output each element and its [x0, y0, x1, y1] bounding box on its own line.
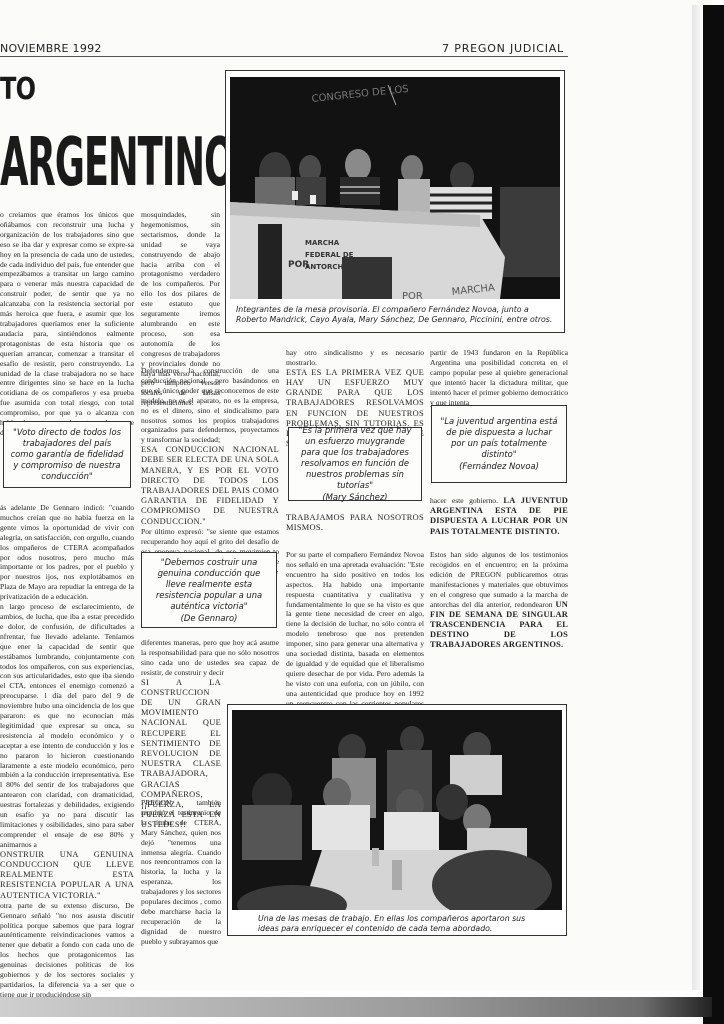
photo-frame-top: CONGRESO DE LOS POR MARCHA	[225, 70, 565, 333]
paragraph-text: hacer este gobierno.	[430, 496, 498, 505]
pullquote-text: "Voto directo de todos los trabajadores …	[10, 427, 124, 482]
scan-edge-black	[703, 5, 724, 1024]
article-column-4-mid: Estos han sido algunos de los testimonio…	[430, 550, 568, 651]
pullquote-attribution: (Fernández Novoa)	[438, 461, 560, 472]
article-column-3-mid: Por su parte el compañero Fernández Novo…	[286, 550, 424, 718]
article-column-2-bottom: PREGON también requirió el testimonio de…	[141, 798, 221, 947]
page-number-publication: 7 PREGON JUDICIAL	[442, 42, 564, 55]
pullquote-text: "Debemos costruir una genuina conducción…	[148, 557, 270, 612]
pullquote-voto-directo: "Voto directo de todos los trabajadores …	[3, 421, 131, 488]
paragraph: n largo proceso de esclarecimiento, de a…	[0, 602, 134, 850]
article-column-2-mid: Defendemos la construcción de una conduc…	[141, 366, 279, 576]
pullquote-fernandez-novoa: "La juventud argentina está de pie dispu…	[431, 405, 567, 483]
paragraph: hay otro sindicalismo y es necesario mos…	[286, 348, 424, 368]
scan-edge-shadow	[692, 5, 700, 990]
pullquote-de-gennaro: "Debemos costruir una genuina conducción…	[141, 552, 277, 628]
article-column-4-top: partir de 1943 fundaron en la República …	[430, 348, 568, 407]
photo-frame-bottom: Una de las mesas de trabajo. En ellas lo…	[227, 704, 567, 936]
paragraph: Defendemos la construcción de una conduc…	[141, 366, 279, 445]
photo-mesa-provisoria: CONGRESO DE LOS POR MARCHA	[230, 77, 560, 299]
paragraph-caps: ONSTRUIR UNA GENUINA CONDUCCION QUE LLEV…	[0, 850, 134, 901]
paragraph-text: Estos han sido algunos de los testimonio…	[430, 550, 568, 609]
paragraph: Estos han sido algunos de los testimonio…	[430, 550, 568, 651]
photo-mesa-de-trabajo	[232, 710, 562, 910]
paragraph: diferentes maneras, pero que hoy acá asu…	[141, 638, 279, 678]
pullquote-mary-sanchez: "Es la primera vez que hay un esfuerzo m…	[288, 427, 422, 501]
paragraph: partir de 1943 fundaron en la República …	[430, 348, 568, 407]
article-column-4-after-quote: hacer este gobierno. LA JUVENTUD ARGENTI…	[430, 496, 568, 537]
photo-illustration	[232, 710, 562, 910]
paragraph: o creíamos que éramos los únicos que oñá…	[0, 210, 134, 438]
photo-caption-bottom: Una de las mesas de trabajo. En ellas lo…	[258, 914, 548, 934]
issue-date: NOVIEMBRE 1992	[0, 42, 102, 55]
svg-text:ANTORCH: ANTORCH	[305, 263, 344, 271]
newspaper-page: NOVIEMBRE 1992 7 PREGON JUDICIAL TO ARGE…	[0, 0, 712, 990]
photo-caption-top: Integrantes de la mesa provisoria. El co…	[236, 305, 561, 325]
paragraph-caps: ESA CONDUCCION NACIONAL DEBE SER ELECTA …	[141, 445, 279, 527]
paragraph: PREGON también requirió el testimonio de…	[141, 798, 221, 947]
article-column-3-after-quote: TRABAJAMOS PARA NOSOTROS MISMOS.	[286, 513, 424, 533]
svg-text:POR: POR	[402, 291, 423, 299]
pullquote-text: "Es la primera vez que hay un esfuerzo m…	[295, 425, 415, 491]
paragraph: otra parte de su extenso discurso, De Ge…	[0, 901, 134, 1000]
article-column-1-bottom: ás adelante De Gennaro indicó: "cuando m…	[0, 503, 134, 1000]
paragraph: ás adelante De Gennaro indicó: "cuando m…	[0, 503, 134, 602]
svg-text:MARCHA: MARCHA	[305, 239, 340, 247]
headline-kicker: TO	[0, 72, 35, 107]
pullquote-attribution: (Mary Sánchez)	[295, 492, 415, 503]
paragraph-caps: TRABAJAMOS PARA NOSOTROS MISMOS.	[286, 513, 424, 533]
scan-edge-bottom	[0, 997, 712, 1017]
article-column-1-top: o creíamos que éramos los únicos que oñá…	[0, 210, 134, 438]
headline: ARGENTINOS	[0, 124, 260, 200]
paragraph: Por su parte el compañero Fernández Novo…	[286, 550, 424, 718]
photo-illustration: CONGRESO DE LOS POR MARCHA	[230, 77, 560, 299]
page-header: NOVIEMBRE 1992 7 PREGON JUDICIAL	[0, 41, 568, 57]
pullquote-text: "La juventud argentina está de pie dispu…	[438, 416, 560, 460]
paragraph: hacer este gobierno. LA JUVENTUD ARGENTI…	[430, 496, 568, 537]
pullquote-attribution: (De Gennaro)	[148, 613, 270, 624]
